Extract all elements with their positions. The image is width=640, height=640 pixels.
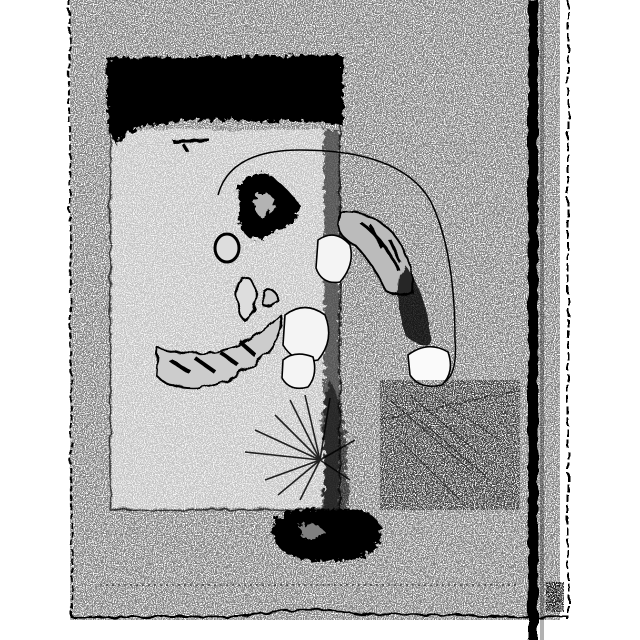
ink-blot <box>273 509 381 562</box>
bar-shadow <box>540 0 544 640</box>
scratch-texture <box>380 380 520 510</box>
vertical-bar <box>528 0 538 640</box>
artwork <box>0 0 640 640</box>
corner-patch <box>546 582 564 612</box>
small-oval <box>215 234 239 262</box>
